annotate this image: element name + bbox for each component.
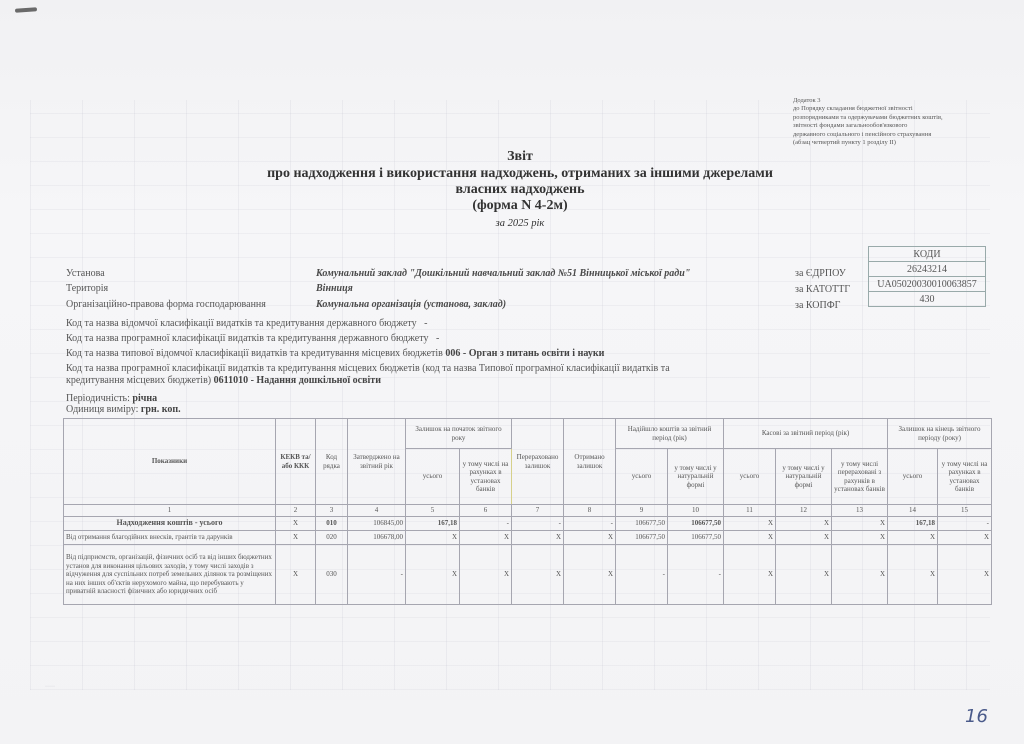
classification-value: - xyxy=(424,318,427,329)
header-total: усього xyxy=(888,449,938,505)
periodicity-label: Періодичність: xyxy=(66,393,130,404)
territory-label: Територія xyxy=(66,283,108,294)
header-approved: Затверджено на звітний рік xyxy=(348,419,406,505)
table-cell: X xyxy=(724,531,776,545)
table-cell: X xyxy=(724,545,776,605)
unit-value: грн. коп. xyxy=(141,404,181,415)
table-row: Від отримання благодійних внесків, грант… xyxy=(64,531,992,545)
header-incl-bank: у тому числі на рахунках в установах бан… xyxy=(460,449,512,505)
classification-line-2: Код та назва програмної класифікації вид… xyxy=(66,333,439,344)
column-number: 2 xyxy=(276,505,316,517)
header-indicators: Показники xyxy=(64,419,276,505)
column-number: 4 xyxy=(348,505,406,517)
column-number: 3 xyxy=(316,505,348,517)
table-cell: 010 xyxy=(316,517,348,531)
table-cell: X xyxy=(832,531,888,545)
classification-line-4b: кредитування місцевих бюджетів) 0611010 … xyxy=(66,375,381,386)
table-cell: - xyxy=(938,517,992,531)
kopfg-value: 430 xyxy=(869,292,986,307)
annex-line: звітності фондами загальнообов'язкового xyxy=(793,122,993,130)
kopfg-label: за КОПФГ xyxy=(795,300,840,311)
column-numbers-row: 1 2 3 4 5 6 7 8 9 10 11 12 13 14 15 xyxy=(64,505,992,517)
table-cell: 030 xyxy=(316,545,348,605)
table-cell: - xyxy=(512,517,564,531)
table-row: Надходження коштів - усьогоX010106845,00… xyxy=(64,517,992,531)
scan-smudge xyxy=(15,7,37,13)
report-title: Звіт про надходження і використання надх… xyxy=(250,148,790,234)
header-incl-bank-end: у тому числі на рахунках в установах бан… xyxy=(938,449,992,505)
header-incl-natural: у тому числі у натуральній формі xyxy=(668,449,724,505)
table-cell: X xyxy=(938,531,992,545)
table-cell: X xyxy=(564,531,616,545)
table-cell: - xyxy=(668,545,724,605)
bleed-through-text: ····· xyxy=(45,684,55,690)
title-line: про надходження і використання надходжен… xyxy=(250,166,790,182)
annex-note: Додаток 3 до Порядку складання бюджетної… xyxy=(793,97,993,147)
header-received: Отримано залишок xyxy=(564,419,616,505)
classification-label: Код та назва типової відомчої класифікац… xyxy=(66,348,443,359)
table-cell: X xyxy=(406,545,460,605)
row-indicator-name: Надходження коштів - усього xyxy=(64,517,276,531)
unit-label: Одиниця виміру: xyxy=(66,404,138,415)
classification-value: 006 - Орган з питань освіти і науки xyxy=(445,348,604,359)
table-cell: 106677,50 xyxy=(616,517,668,531)
annex-line: державного соціального і пенсійного стра… xyxy=(793,131,993,139)
table-cell: - xyxy=(616,545,668,605)
table-cell: 167,18 xyxy=(406,517,460,531)
table-cell: X xyxy=(832,517,888,531)
table-cell: - xyxy=(564,517,616,531)
table-cell: X xyxy=(938,545,992,605)
institution-row: Установа Комунальний заклад "Дошкільний … xyxy=(66,268,105,279)
header-incl-transferred-bank: у тому числі перераховані з рахунків в у… xyxy=(832,449,888,505)
table-cell: X xyxy=(276,545,316,605)
column-number: 1 xyxy=(64,505,276,517)
header-total: усього xyxy=(616,449,668,505)
annex-line: Додаток 3 xyxy=(793,97,993,105)
table-cell: 106678,00 xyxy=(348,531,406,545)
table-cell: X xyxy=(512,531,564,545)
header-incl-natural: у тому числі у натуральній формі xyxy=(776,449,832,505)
codes-table: КОДИ 26243214 UA05020030010063857 430 xyxy=(868,246,986,307)
header-total: усього xyxy=(724,449,776,505)
edrpou-label: за ЄДРПОУ xyxy=(795,268,846,279)
katottg-value: UA05020030010063857 xyxy=(869,277,986,292)
header-row-code: Код рядка xyxy=(316,419,348,505)
legal-form-row: Організаційно-правова форма господарюван… xyxy=(66,299,266,310)
classification-line-3: Код та назва типової відомчої класифікац… xyxy=(66,348,604,359)
table-cell: X xyxy=(776,531,832,545)
column-number: 8 xyxy=(564,505,616,517)
row-indicator-name: Від отримання благодійних внесків, грант… xyxy=(64,531,276,545)
classification-label: Код та назва програмної класифікації вид… xyxy=(66,333,428,344)
annex-line: (абзац четвертий пункту 1 розділу II) xyxy=(793,139,993,147)
table-cell: X xyxy=(724,517,776,531)
table-cell: - xyxy=(460,517,512,531)
handwritten-page-number: 16 xyxy=(965,706,988,727)
table-cell: 020 xyxy=(316,531,348,545)
table-cell: X xyxy=(276,517,316,531)
table-cell: 106677,50 xyxy=(668,517,724,531)
periodicity-value: річна xyxy=(132,393,157,404)
form-number: (форма N 4-2м) xyxy=(250,198,790,214)
table-cell: X xyxy=(406,531,460,545)
territory-row: Територія Вінниця xyxy=(66,283,108,294)
row-indicator-name: Від підприємств, організацій, фізичних о… xyxy=(64,545,276,605)
codes-header: КОДИ xyxy=(869,247,986,262)
edrpou-value: 26243214 xyxy=(869,262,986,277)
legal-form-label: Організаційно-правова форма господарюван… xyxy=(66,299,266,310)
title-line: власних надходжень xyxy=(250,182,790,198)
header-income: Надійшло коштів за звітний період (рік) xyxy=(616,419,724,449)
table-row: Від підприємств, організацій, фізичних о… xyxy=(64,545,992,605)
table-cell: - xyxy=(348,545,406,605)
report-period: за 2025 рік xyxy=(250,214,790,234)
header-transferred: Перераховано залишок xyxy=(512,419,564,505)
table-cell: 167,18 xyxy=(888,517,938,531)
table-cell: 106677,50 xyxy=(616,531,668,545)
table-cell: X xyxy=(276,531,316,545)
table-cell: 106845,00 xyxy=(348,517,406,531)
table-cell: X xyxy=(460,545,512,605)
annex-line: розпорядниками та одержувачами бюджетних… xyxy=(793,114,993,122)
table-cell: 106677,50 xyxy=(668,531,724,545)
katottg-label: за КАТОТТГ xyxy=(795,284,850,295)
column-number: 12 xyxy=(776,505,832,517)
classification-value: 0611010 - Надання дошкільної освіти xyxy=(214,375,381,386)
header-kekv: КЕКВ та/або ККК xyxy=(276,419,316,505)
table-cell: X xyxy=(776,517,832,531)
header-balance-start: Залишок на початок звітного року xyxy=(406,419,512,449)
column-number: 6 xyxy=(460,505,512,517)
annex-line: до Порядку складання бюджетної звітності xyxy=(793,105,993,113)
legal-form-value: Комунальна організація (установа, заклад… xyxy=(316,299,506,310)
classification-line-4: Код та назва програмної класифікації вид… xyxy=(66,363,670,374)
unit-row: Одиниця виміру: грн. коп. xyxy=(66,404,181,415)
table-cell: X xyxy=(776,545,832,605)
column-number: 10 xyxy=(668,505,724,517)
report-table: Показники КЕКВ та/або ККК Код рядка Затв… xyxy=(63,418,992,605)
column-number: 5 xyxy=(406,505,460,517)
classification-value: - xyxy=(436,333,439,344)
column-number: 9 xyxy=(616,505,668,517)
header-total: усього xyxy=(406,449,460,505)
classification-label: Код та назва відомчої класифікації видат… xyxy=(66,318,417,329)
classification-label: Код та назва програмної класифікації вид… xyxy=(66,363,670,374)
header-cash-expenses: Касові за звітний період (рік) xyxy=(724,419,888,449)
table-cell: X xyxy=(832,545,888,605)
table-cell: X xyxy=(512,545,564,605)
column-number: 15 xyxy=(938,505,992,517)
title-line: Звіт xyxy=(250,148,790,166)
table-cell: X xyxy=(888,545,938,605)
territory-value: Вінниця xyxy=(316,283,353,294)
institution-value: Комунальний заклад "Дошкільний навчальни… xyxy=(316,268,690,279)
column-number: 11 xyxy=(724,505,776,517)
scanned-report-page: Додаток 3 до Порядку складання бюджетної… xyxy=(0,0,1024,744)
classification-line-1: Код та назва відомчої класифікації видат… xyxy=(66,318,428,329)
header-balance-end: Залишок на кінець звітного періоду (року… xyxy=(888,419,992,449)
column-number: 7 xyxy=(512,505,564,517)
column-number: 13 xyxy=(832,505,888,517)
table-cell: X xyxy=(460,531,512,545)
institution-label: Установа xyxy=(66,268,105,279)
table-cell: X xyxy=(888,531,938,545)
table-cell: X xyxy=(564,545,616,605)
periodicity-row: Періодичність: річна xyxy=(66,393,157,404)
column-number: 14 xyxy=(888,505,938,517)
classification-label: кредитування місцевих бюджетів) xyxy=(66,375,211,386)
